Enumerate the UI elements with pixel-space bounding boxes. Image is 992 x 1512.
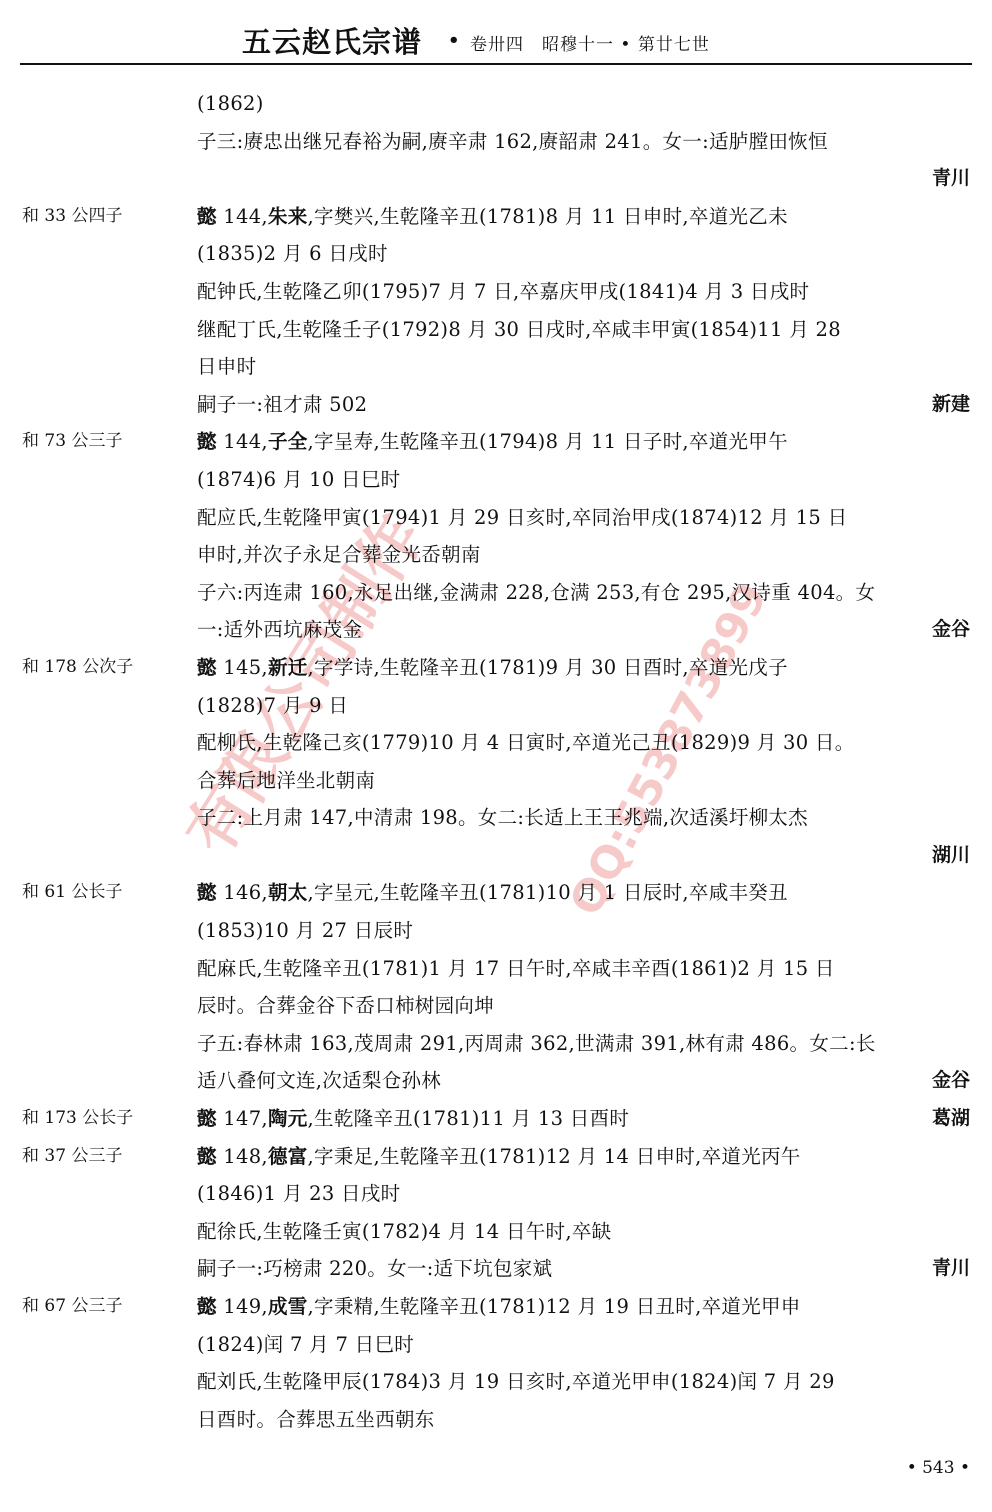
lineage-note: 和 33 公四子 bbox=[22, 198, 122, 236]
entry-line: 适八叠何文连,次适梨仓孙林金谷 bbox=[0, 1062, 992, 1100]
entry-text: 配徐氏,生乾隆壬寅(1782)4 月 14 日午时,卒缺 bbox=[197, 1213, 972, 1251]
header-rule bbox=[20, 63, 972, 65]
page-header: 五云赵氏宗谱 • 卷卅四 昭穆十一 • 第廿七世 bbox=[0, 0, 992, 64]
entry-line: 和 61 公长子懿 146,朝太,字呈元,生乾隆辛丑(1781)10 月 1 日… bbox=[0, 874, 992, 912]
entry-text: (1824)闰 7 月 7 日巳时 bbox=[197, 1326, 972, 1364]
residence-place: 青川 bbox=[932, 1250, 970, 1288]
entry-line: 子五:春林肃 163,茂周肃 291,丙周肃 362,世满肃 391,林有肃 4… bbox=[0, 1025, 992, 1063]
entry-line: (1853)10 月 27 日辰时 bbox=[0, 912, 992, 950]
entry-text: 懿 144,子全,字呈寿,生乾隆辛丑(1794)8 月 11 日子时,卒道光甲午 bbox=[197, 423, 972, 461]
entry-text: 辰时。合葬金谷下岙口柿树园向坤 bbox=[197, 987, 972, 1025]
residence-place: 青川 bbox=[932, 160, 970, 198]
entry-text: 配刘氏,生乾隆甲辰(1784)3 月 19 日亥时,卒道光甲申(1824)闰 7… bbox=[197, 1363, 972, 1401]
entry-text: 懿 147,陶元,生乾隆辛丑(1781)11 月 13 日酉时 bbox=[197, 1100, 972, 1138]
entry-text: 子二:上月肃 147,中清肃 198。女二:长适上王王兆端,次适溪圩柳太杰 bbox=[197, 799, 972, 837]
entry-text: 懿 149,成雪,字秉精,生乾隆辛丑(1781)12 月 19 日丑时,卒道光甲… bbox=[197, 1288, 972, 1326]
entry-line: 和 73 公三子懿 144,子全,字呈寿,生乾隆辛丑(1794)8 月 11 日… bbox=[0, 423, 992, 461]
entry-text: 配麻氏,生乾隆辛丑(1781)1 月 17 日午时,卒咸丰辛酉(1861)2 月… bbox=[197, 950, 972, 988]
book-title: 五云赵氏宗谱 bbox=[242, 20, 422, 61]
entry-text: 懿 145,新迁,字学诗,生乾隆辛丑(1781)9 月 30 日酉时,卒道光戊子 bbox=[197, 649, 972, 687]
section-subtitle: 卷卅四 昭穆十一 • 第廿七世 bbox=[470, 30, 710, 55]
entry-text: 一:适外西坑麻茂金 bbox=[197, 611, 972, 649]
residence-place: 新建 bbox=[932, 386, 970, 424]
lineage-note: 和 67 公三子 bbox=[22, 1288, 122, 1326]
entry-text: 懿 146,朝太,字呈元,生乾隆辛丑(1781)10 月 1 日辰时,卒咸丰癸丑 bbox=[197, 874, 972, 912]
residence-place: 葛湖 bbox=[932, 1100, 970, 1138]
entry-line: 配钟氏,生乾隆乙卯(1795)7 月 7 日,卒嘉庆甲戌(1841)4 月 3 … bbox=[0, 273, 992, 311]
entry-text: 继配丁氏,生乾隆壬子(1792)8 月 30 日戌时,卒咸丰甲寅(1854)11… bbox=[197, 311, 972, 349]
entry-text: 适八叠何文连,次适梨仓孙林 bbox=[197, 1062, 972, 1100]
entry-text: (1853)10 月 27 日辰时 bbox=[197, 912, 972, 950]
lineage-note: 和 73 公三子 bbox=[22, 423, 122, 461]
entry-text: 子六:丙连肃 160,永足出继,金满肃 228,仓满 253,有仓 295,汉诗… bbox=[197, 574, 972, 612]
entry-text: 配柳氏,生乾隆己亥(1779)10 月 4 日寅时,卒道光己丑(1829)9 月… bbox=[197, 724, 972, 762]
entry-text: (1846)1 月 23 日戌时 bbox=[197, 1175, 972, 1213]
entry-line: 嗣子一:祖才肃 502新建 bbox=[0, 386, 992, 424]
entry-text: 日申时 bbox=[197, 348, 972, 386]
entry-line: 配徐氏,生乾隆壬寅(1782)4 月 14 日午时,卒缺 bbox=[0, 1213, 992, 1251]
lineage-note: 和 173 公长子 bbox=[22, 1100, 133, 1138]
entry-line: 青川 bbox=[0, 160, 992, 198]
entry-line: 湖川 bbox=[0, 837, 992, 875]
genealogy-entries: (1862)子三:赓忠出继兄春裕为嗣,赓辛肃 162,赓韶肃 241。女一:适胪… bbox=[0, 85, 992, 1438]
entry-line: 申时,并次子永足合葬金光岙朝南 bbox=[0, 536, 992, 574]
entry-line: (1874)6 月 10 日巳时 bbox=[0, 461, 992, 499]
residence-place: 湖川 bbox=[932, 837, 970, 875]
entry-line: 和 173 公长子懿 147,陶元,生乾隆辛丑(1781)11 月 13 日酉时… bbox=[0, 1100, 992, 1138]
entry-text: (1828)7 月 9 日 bbox=[197, 687, 972, 725]
entry-line: 一:适外西坑麻茂金金谷 bbox=[0, 611, 992, 649]
residence-place: 金谷 bbox=[932, 1062, 970, 1100]
entry-text: (1862) bbox=[197, 85, 972, 123]
lineage-note: 和 37 公三子 bbox=[22, 1138, 122, 1176]
entry-text: 申时,并次子永足合葬金光岙朝南 bbox=[197, 536, 972, 574]
entry-line: 和 67 公三子懿 149,成雪,字秉精,生乾隆辛丑(1781)12 月 19 … bbox=[0, 1288, 992, 1326]
entry-line: 辰时。合葬金谷下岙口柿树园向坤 bbox=[0, 987, 992, 1025]
entry-line: (1862) bbox=[0, 85, 992, 123]
page-number: • 543 • bbox=[907, 1458, 970, 1478]
entry-text: (1835)2 月 6 日戌时 bbox=[197, 235, 972, 273]
entry-line: 和 178 公次子懿 145,新迁,字学诗,生乾隆辛丑(1781)9 月 30 … bbox=[0, 649, 992, 687]
entry-line: 继配丁氏,生乾隆壬子(1792)8 月 30 日戌时,卒咸丰甲寅(1854)11… bbox=[0, 311, 992, 349]
lineage-note: 和 61 公长子 bbox=[22, 874, 122, 912]
entry-text: 懿 144,朱来,字樊兴,生乾隆辛丑(1781)8 月 11 日申时,卒道光乙未 bbox=[197, 198, 972, 236]
entry-text: 嗣子一:祖才肃 502 bbox=[197, 386, 972, 424]
entry-line: (1846)1 月 23 日戌时 bbox=[0, 1175, 992, 1213]
entry-line: 子六:丙连肃 160,永足出继,金满肃 228,仓满 253,有仓 295,汉诗… bbox=[0, 574, 992, 612]
entry-line: (1828)7 月 9 日 bbox=[0, 687, 992, 725]
lineage-note: 和 178 公次子 bbox=[22, 649, 133, 687]
entry-line: 合葬后地洋坐北朝南 bbox=[0, 762, 992, 800]
entry-text: 子五:春林肃 163,茂周肃 291,丙周肃 362,世满肃 391,林有肃 4… bbox=[197, 1025, 972, 1063]
entry-line: 配麻氏,生乾隆辛丑(1781)1 月 17 日午时,卒咸丰辛酉(1861)2 月… bbox=[0, 950, 992, 988]
entry-line: (1824)闰 7 月 7 日巳时 bbox=[0, 1326, 992, 1364]
entry-text: 嗣子一:巧榜肃 220。女一:适下坑包家斌 bbox=[197, 1250, 972, 1288]
residence-place: 金谷 bbox=[932, 611, 970, 649]
entry-line: 配应氏,生乾隆甲寅(1794)1 月 29 日亥时,卒同治甲戌(1874)12 … bbox=[0, 499, 992, 537]
entry-text: 合葬后地洋坐北朝南 bbox=[197, 762, 972, 800]
entry-line: 和 37 公三子懿 148,德富,字秉足,生乾隆辛丑(1781)12 月 14 … bbox=[0, 1138, 992, 1176]
entry-line: 子三:赓忠出继兄春裕为嗣,赓辛肃 162,赓韶肃 241。女一:适胪膛田恢恒 bbox=[0, 123, 992, 161]
entry-text: 子三:赓忠出继兄春裕为嗣,赓辛肃 162,赓韶肃 241。女一:适胪膛田恢恒 bbox=[197, 123, 972, 161]
entry-line: 日申时 bbox=[0, 348, 992, 386]
entry-text: 配钟氏,生乾隆乙卯(1795)7 月 7 日,卒嘉庆甲戌(1841)4 月 3 … bbox=[197, 273, 972, 311]
entry-line: (1835)2 月 6 日戌时 bbox=[0, 235, 992, 273]
title-separator: • bbox=[448, 30, 460, 51]
entry-text: 懿 148,德富,字秉足,生乾隆辛丑(1781)12 月 14 日申时,卒道光丙… bbox=[197, 1138, 972, 1176]
entry-line: 嗣子一:巧榜肃 220。女一:适下坑包家斌青川 bbox=[0, 1250, 992, 1288]
entry-text: 配应氏,生乾隆甲寅(1794)1 月 29 日亥时,卒同治甲戌(1874)12 … bbox=[197, 499, 972, 537]
entry-line: 和 33 公四子懿 144,朱来,字樊兴,生乾隆辛丑(1781)8 月 11 日… bbox=[0, 198, 992, 236]
entry-text: 日酉时。合葬思五坐西朝东 bbox=[197, 1401, 972, 1439]
entry-text: (1874)6 月 10 日巳时 bbox=[197, 461, 972, 499]
entry-line: 配柳氏,生乾隆己亥(1779)10 月 4 日寅时,卒道光己丑(1829)9 月… bbox=[0, 724, 992, 762]
entry-line: 配刘氏,生乾隆甲辰(1784)3 月 19 日亥时,卒道光甲申(1824)闰 7… bbox=[0, 1363, 992, 1401]
entry-line: 日酉时。合葬思五坐西朝东 bbox=[0, 1401, 992, 1439]
entry-line: 子二:上月肃 147,中清肃 198。女二:长适上王王兆端,次适溪圩柳太杰 bbox=[0, 799, 992, 837]
